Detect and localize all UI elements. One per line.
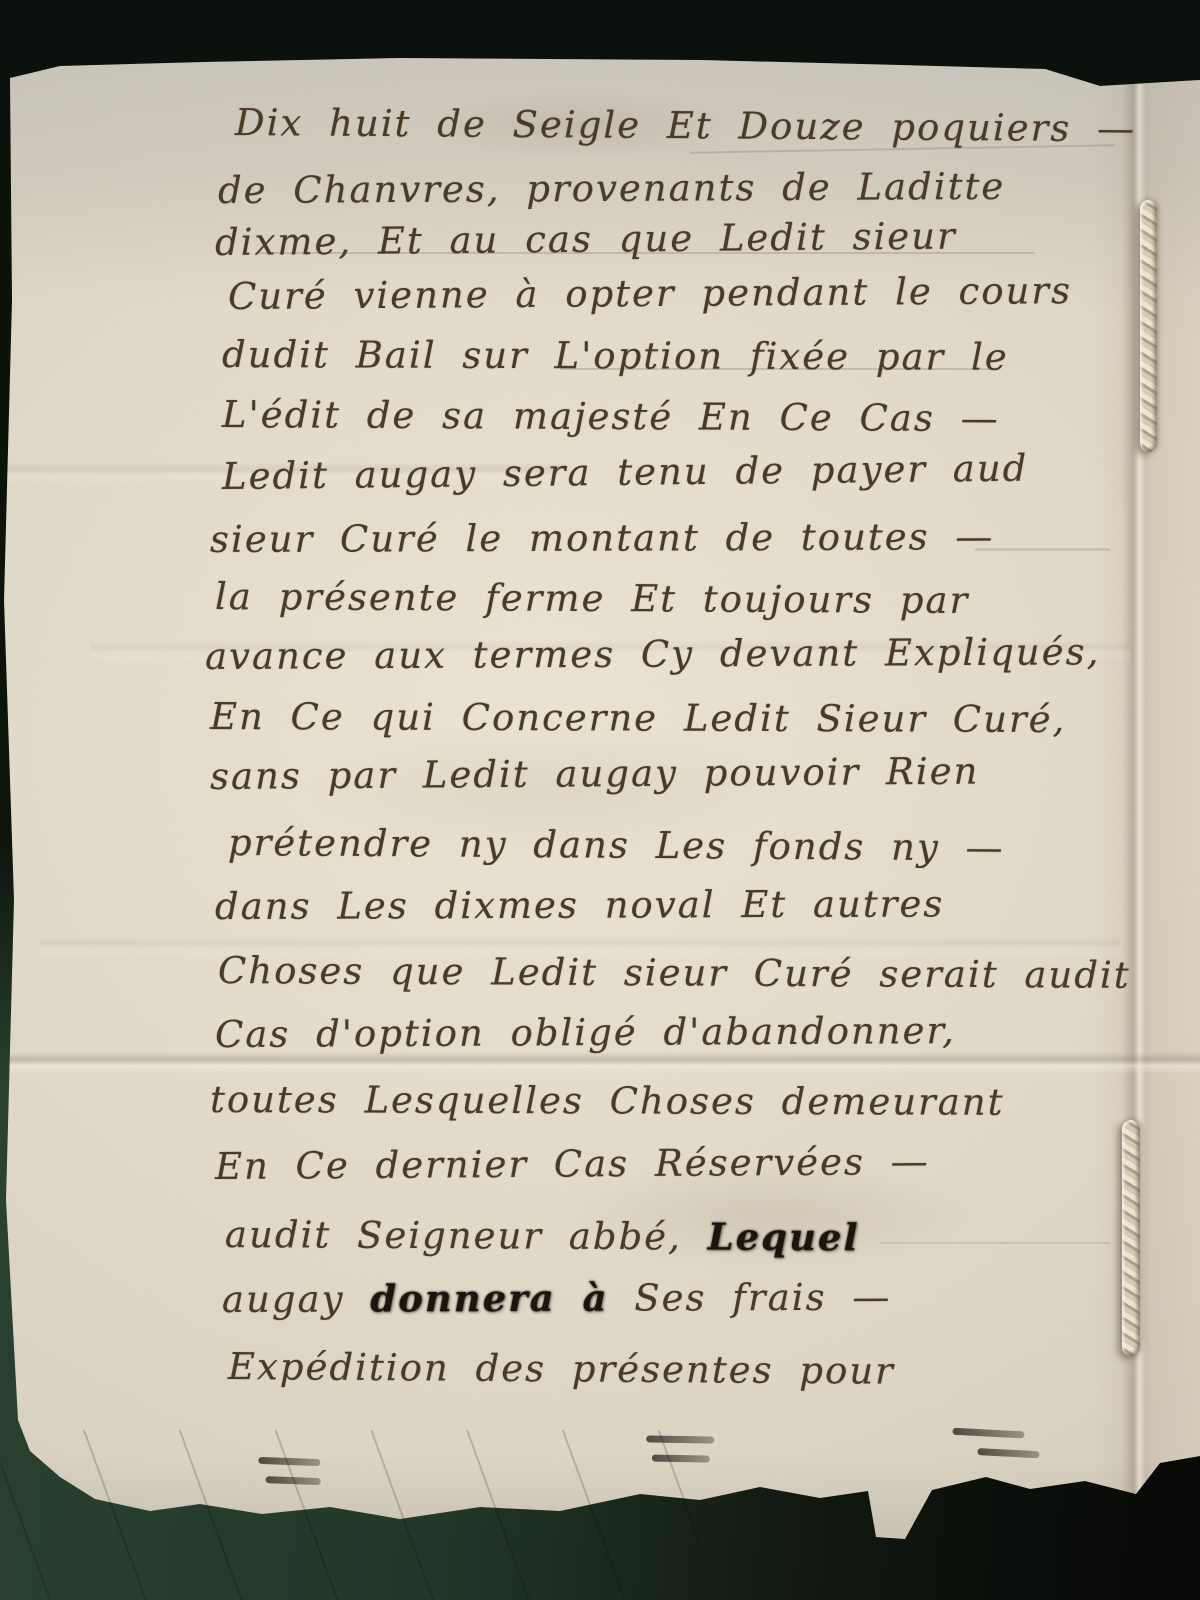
- end-mark-stroke: [977, 1448, 1039, 1458]
- binding-cord-bottom: [1122, 1120, 1140, 1356]
- end-mark-stroke: [258, 1457, 320, 1466]
- manuscript-line-21: Expédition des présentes pour: [228, 1348, 895, 1390]
- end-mark-right: [951, 1428, 1040, 1459]
- manuscript-line-4: Curé vienne à opter pendant le cours: [228, 272, 1072, 315]
- manuscript-line-18: En Ce dernier Cas Réservées —: [215, 1143, 930, 1185]
- manuscript-line-10: avance aux termes Cy devant Expliqués,: [205, 633, 1100, 675]
- manuscript-line-12: sans par Ledit augay pouvoir Rien: [210, 753, 980, 795]
- manuscript-line-3: dixme, Et au cas que Ledit sieur: [215, 218, 957, 261]
- manuscript-line-16: Cas d'option obligé d'abandonner,: [215, 1012, 956, 1053]
- manuscript-line-9: la présente ferme Et toujours par: [215, 578, 969, 619]
- line-20-blotted-word: donnera à: [370, 1276, 608, 1321]
- manuscript-line-20: augay donnera à Ses frais —: [222, 1279, 891, 1318]
- end-mark-stroke: [952, 1428, 1024, 1439]
- manuscript-line-2: de Chanvres, provenants de Laditte: [218, 168, 1005, 209]
- line-19-text: audit Seigneur abbé,: [225, 1213, 708, 1259]
- end-mark-left: [258, 1457, 322, 1485]
- end-mark-stroke: [652, 1455, 710, 1463]
- manuscript-line-17: toutes Lesquelles Choses demeurant: [210, 1081, 1005, 1121]
- paper-sheet: Dix huit de Seigle Et Douze poquiers — d…: [0, 0, 1200, 1600]
- line-19-overwritten-word: Lequel: [708, 1215, 860, 1260]
- manuscript-line-6: L'édit de sa majesté En Ce Cas —: [222, 396, 1000, 437]
- manuscript-line-8: sieur Curé le montant de toutes —: [210, 518, 995, 558]
- line-20-text: augay: [222, 1277, 370, 1321]
- manuscript-line-1: Dix huit de Seigle Et Douze poquiers —: [235, 104, 1136, 147]
- manuscript-line-11: En Ce qui Concerne Ledit Sieur Curé,: [210, 698, 1066, 738]
- manuscript-photo: Dix huit de Seigle Et Douze poquiers — d…: [0, 0, 1200, 1600]
- guide-line: [975, 548, 1110, 551]
- manuscript-line-7: Ledit augay sera tenu de payer aud: [222, 450, 1029, 495]
- manuscript-line-15: Choses que Ledit sieur Curé serait audit: [218, 952, 1131, 994]
- end-mark-stroke: [266, 1476, 321, 1485]
- line-20-text-end: Ses frais —: [608, 1276, 891, 1320]
- horizontal-fold-crease: [0, 1052, 1200, 1074]
- binding-cord-top: [1140, 200, 1157, 452]
- manuscript-line-19: audit Seigneur abbé, Lequel: [225, 1216, 860, 1256]
- manuscript-line-13: prétendre ny dans Les fonds ny —: [228, 824, 1005, 866]
- manuscript-line-5: dudit Bail sur L'option fixée par le: [222, 336, 1009, 376]
- end-mark-center: [646, 1435, 714, 1462]
- end-mark-stroke: [646, 1435, 714, 1443]
- manuscript-line-14: dans Les dixmes noval Et autres: [215, 885, 944, 925]
